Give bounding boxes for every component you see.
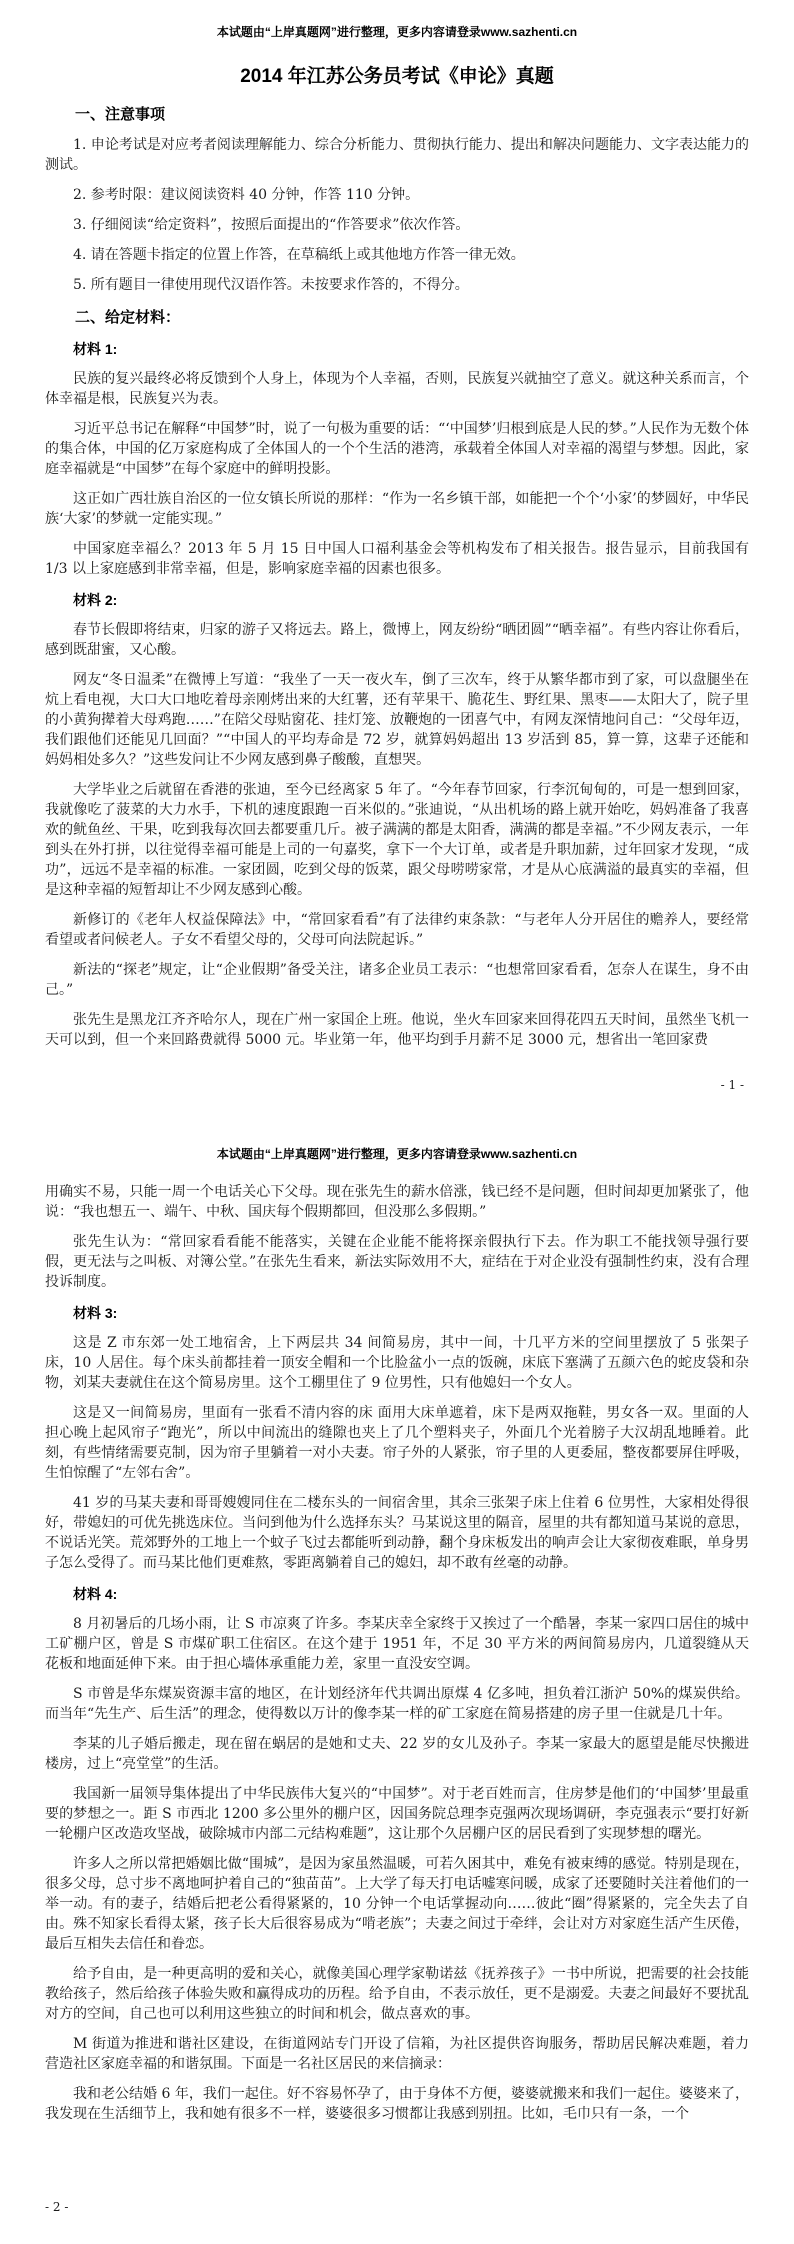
material-2-paragraph: 网友“冬日温柔”在微博上写道：“我坐了一天一夜火车，倒了三次车，终于从繁华都市到… (45, 670, 749, 770)
material-4-paragraph: M 街道为推进和谐社区建设，在街道网站专门开设了信箱，为社区提供咨询服务，帮助居… (45, 2034, 749, 2074)
material-2-paragraph: 春节长假即将结束，归家的游子又将远去。路上，微博上，网友纷纷“晒团圆”“晒幸福”… (45, 620, 749, 660)
notice-item-4: 4. 请在答题卡指定的位置上作答，在草稿纸上或其他地方作答一律无效。 (45, 245, 749, 265)
materials-section-heading: 二、给定材料： (45, 307, 749, 328)
site-watermark-header: 本试题由“上岸真题网”进行整理，更多内容请登录www.sazhenti.cn (45, 1146, 749, 1162)
material-4-paragraph: S 市曾是华东煤炭资源丰富的地区，在计划经济年代共调出原煤 4 亿多吨，担负着江… (45, 1684, 749, 1724)
continuation-paragraph: 张先生认为：“常回家看看能不能落实，关键在企业能不能将探亲假执行下去。作为职工不… (45, 1232, 749, 1292)
material-1-paragraph: 习近平总书记在解释“中国梦”时，说了一句极为重要的话：“‘中国梦’归根到底是人民… (45, 419, 749, 479)
material-1-paragraph: 民族的复兴最终必将反馈到个人身上，体现为个人幸福，否则，民族复兴就抽空了意义。就… (45, 369, 749, 409)
notice-section-heading: 一、注意事项 (45, 104, 749, 125)
material-3-heading: 材料 3: (45, 1303, 749, 1323)
notice-item-5: 5. 所有题目一律使用现代汉语作答。未按要求作答的，不得分。 (45, 275, 749, 295)
page-1: 本试题由“上岸真题网”进行整理，更多内容请登录www.sazhenti.cn 2… (0, 0, 794, 1122)
material-3-paragraph: 41 岁的马某夫妻和哥哥嫂嫂同住在二楼东头的一间宿舍里，其余三张架子床上住着 6… (45, 1493, 749, 1573)
exam-document: 本试题由“上岸真题网”进行整理，更多内容请登录www.sazhenti.cn 2… (0, 0, 794, 2244)
notice-item-2: 2. 参考时限：建议阅读资料 40 分钟，作答 110 分钟。 (45, 185, 749, 205)
material-4-paragraph: 8 月初暑后的几场小雨，让 S 市凉爽了许多。李某庆幸全家终于又挨过了一个酷暑，… (45, 1614, 749, 1674)
material-2-paragraph: 新法的“探老”规定，让“企业假期”备受关注，诸多企业员工表示：“也想常回家看看，… (45, 960, 749, 1000)
material-1-paragraph: 这正如广西壮族自治区的一位女镇长所说的那样：“作为一名乡镇干部，如能把一个个‘小… (45, 489, 749, 529)
page-number-2: - 2 - (45, 2200, 68, 2214)
material-3-paragraph: 这是 Z 市东郊一处工地宿舍，上下两层共 34 间简易房，其中一间，十几平方米的… (45, 1333, 749, 1393)
material-3-paragraph: 这是又一间简易房，里面有一张看不清内容的床 面用大床单遮着，床下是两双拖鞋，男女… (45, 1403, 749, 1483)
document-title: 2014 年江苏公务员考试《申论》真题 (45, 64, 749, 90)
material-1-heading: 材料 1: (45, 339, 749, 359)
material-2-paragraph: 张先生是黑龙江齐齐哈尔人，现在广州一家国企上班。他说，坐火车回家来回得花四五天时… (45, 1010, 749, 1050)
material-4-paragraph: 我和老公结婚 6 年，我们一起住。好不容易怀孕了，由于身体不方便，婆婆就搬来和我… (45, 2084, 749, 2124)
material-4-paragraph: 我国新一届领导集体提出了中华民族伟大复兴的“中国梦”。对于老百姓而言，住房梦是他… (45, 1784, 749, 1844)
continuation-paragraph: 用确实不易，只能一周一个电话关心下父母。现在张先生的薪水倍涨，钱已经不是问题，但… (45, 1182, 749, 1222)
material-4-heading: 材料 4: (45, 1584, 749, 1604)
page-2: 本试题由“上岸真题网”进行整理，更多内容请登录www.sazhenti.cn 用… (0, 1122, 794, 2244)
material-1-paragraph: 中国家庭幸福么？2013 年 5 月 15 日中国人口福利基金会等机构发布了相关… (45, 539, 749, 579)
material-4-paragraph: 给予自由，是一种更高明的爱和关心，就像美国心理学家勒诺兹《抚养孩子》一书中所说，… (45, 1964, 749, 2024)
material-4-paragraph: 李某的儿子婚后搬走，现在留在蜗居的是她和丈夫、22 岁的女儿及孙子。李某一家最大… (45, 1734, 749, 1774)
material-2-heading: 材料 2: (45, 590, 749, 610)
material-2-paragraph: 新修订的《老年人权益保障法》中，“常回家看看”有了法律约束条款：“与老年人分开居… (45, 910, 749, 950)
notice-item-3: 3. 仔细阅读“给定资料”，按照后面提出的“作答要求”依次作答。 (45, 215, 749, 235)
notice-item-1: 1. 申论考试是对应考者阅读理解能力、综合分析能力、贯彻执行能力、提出和解决问题… (45, 135, 749, 175)
material-4-paragraph: 许多人之所以常把婚姻比做“围城”，是因为家虽然温暖，可若久困其中，难免有被束缚的… (45, 1854, 749, 1954)
page-number-1: - 1 - (721, 1078, 744, 1092)
site-watermark-header: 本试题由“上岸真题网”进行整理，更多内容请登录www.sazhenti.cn (45, 24, 749, 40)
material-2-paragraph: 大学毕业之后就留在香港的张迪，至今已经离家 5 年了。“今年春节回家，行李沉甸甸… (45, 780, 749, 900)
